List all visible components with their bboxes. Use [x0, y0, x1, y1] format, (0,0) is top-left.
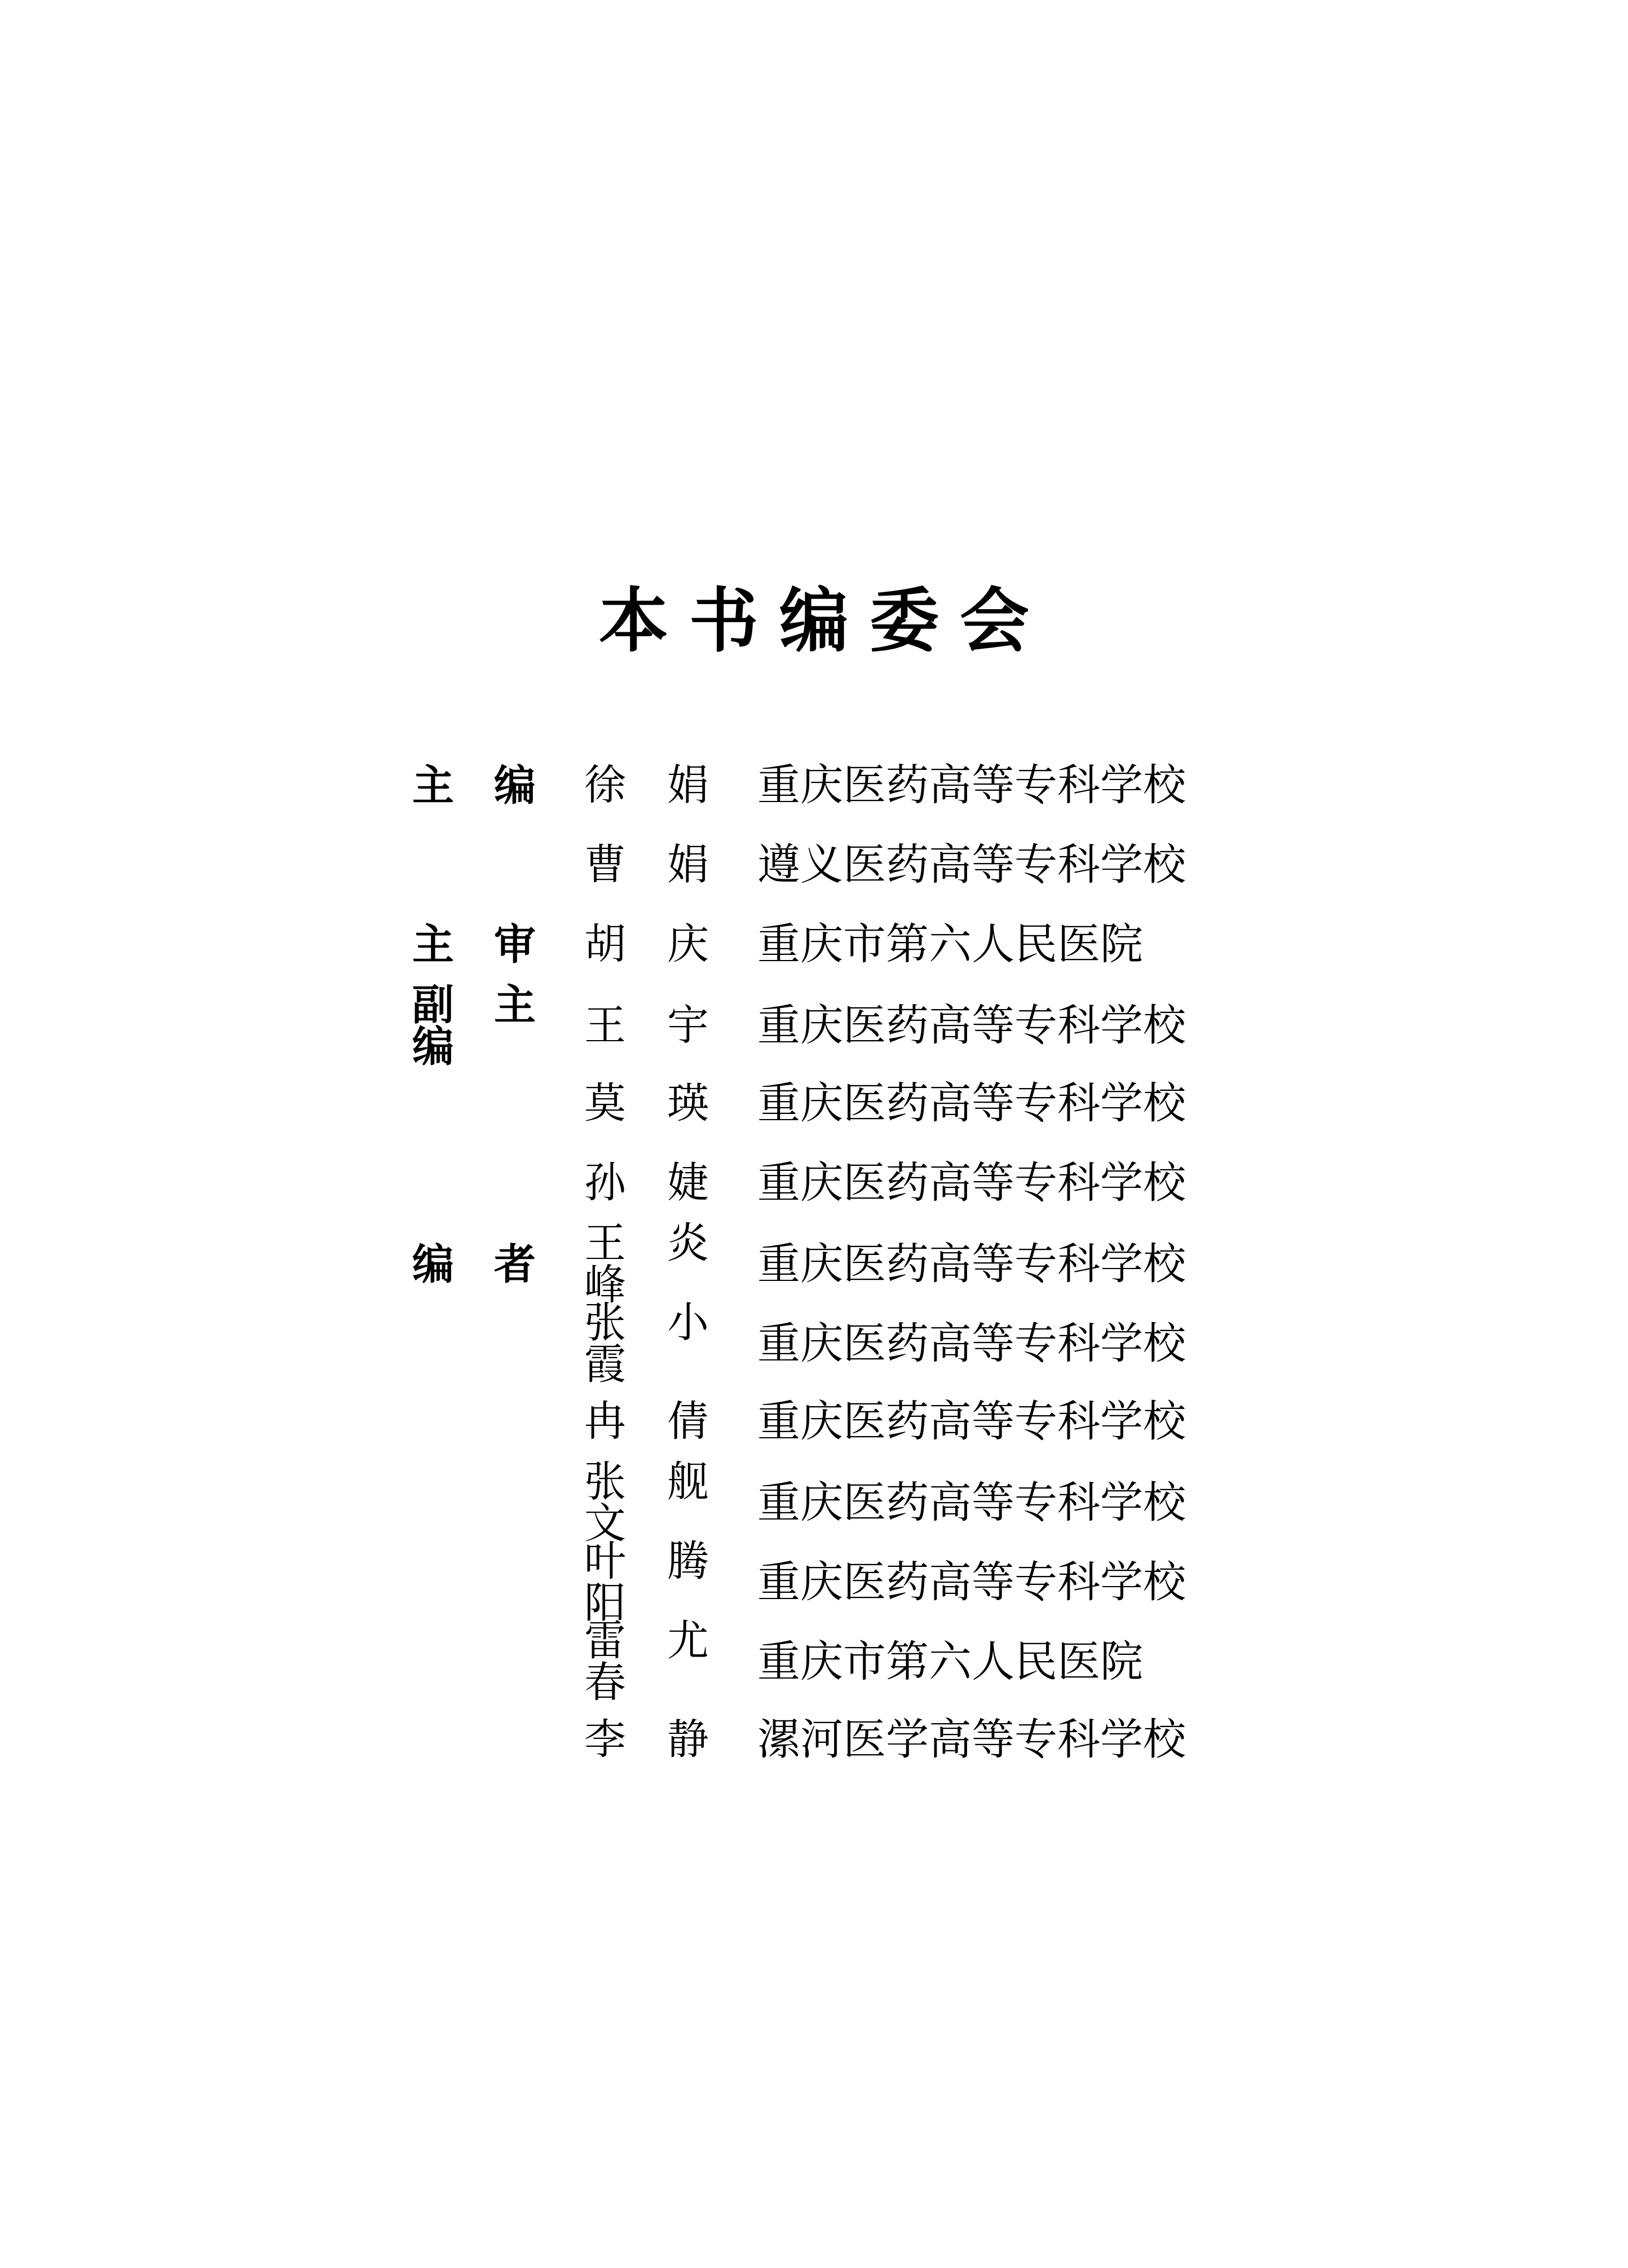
member-affiliation: 重庆市第六人民医院	[757, 1641, 1628, 1684]
role-label: 主审	[412, 924, 536, 966]
role-label: 编者	[412, 1244, 536, 1285]
member-affiliation: 重庆市第六人民医院	[757, 923, 1628, 966]
member-affiliation: 重庆医药高等专科学校	[757, 1162, 1628, 1205]
member-name: 张小霞	[584, 1302, 709, 1386]
role-label: 主编	[412, 765, 536, 807]
committee-row: 叶腾阳 重庆医药高等专科学校	[0, 1541, 1628, 1620]
committee-row: 主审 胡庆 重庆市第六人民医院	[0, 905, 1628, 984]
member-affiliation: 重庆医药高等专科学校	[757, 1561, 1628, 1604]
member-name: 王炎峰	[584, 1223, 709, 1306]
committee-row: 孙婕 重庆医药高等专科学校	[0, 1143, 1628, 1223]
book-committee-page: 本书编委会 主编 徐娟 重庆医药高等专科学校 曹娟 遵义医药高等专科学校 主审 …	[0, 0, 1628, 2268]
member-name: 冉倩	[584, 1401, 709, 1443]
member-affiliation: 重庆医药高等专科学校	[757, 1005, 1628, 1047]
member-name: 雷尤春	[584, 1620, 709, 1704]
member-affiliation: 重庆医药高等专科学校	[757, 1323, 1628, 1366]
committee-row: 副主编 王宇 重庆医药高等专科学校	[0, 984, 1628, 1064]
committee-row: 张舰文 重庆医药高等专科学校	[0, 1461, 1628, 1541]
role-label: 副主编	[412, 984, 536, 1068]
committee-row: 编者 王炎峰 重庆医药高等专科学校	[0, 1223, 1628, 1302]
member-affiliation: 重庆医药高等专科学校	[757, 1082, 1628, 1125]
member-name: 张舰文	[584, 1461, 709, 1545]
page-title: 本书编委会	[0, 583, 1628, 659]
member-affiliation: 漯河医学高等专科学校	[757, 1719, 1628, 1761]
member-name: 莫瑛	[584, 1083, 709, 1125]
committee-list: 主编 徐娟 重庆医药高等专科学校 曹娟 遵义医药高等专科学校 主审 胡庆 重庆市…	[0, 746, 1628, 1780]
member-affiliation: 重庆医药高等专科学校	[757, 1401, 1628, 1443]
committee-row: 雷尤春 重庆市第六人民医院	[0, 1620, 1628, 1700]
committee-row: 李静 漯河医学高等专科学校	[0, 1700, 1628, 1780]
member-name: 孙婕	[584, 1162, 709, 1204]
committee-row: 莫瑛 重庆医药高等专科学校	[0, 1064, 1628, 1143]
member-affiliation: 重庆医药高等专科学校	[757, 1482, 1628, 1525]
committee-row: 张小霞 重庆医药高等专科学校	[0, 1302, 1628, 1382]
committee-row: 曹娟 遵义医药高等专科学校	[0, 825, 1628, 905]
member-name: 曹娟	[584, 844, 709, 886]
member-affiliation: 重庆医药高等专科学校	[757, 764, 1628, 807]
member-affiliation: 重庆医药高等专科学校	[757, 1243, 1628, 1286]
member-name: 王宇	[584, 1005, 709, 1047]
member-name: 李静	[584, 1719, 709, 1761]
member-name: 叶腾阳	[584, 1541, 709, 1624]
member-affiliation: 遵义医药高等专科学校	[757, 844, 1628, 887]
committee-row: 主编 徐娟 重庆医药高等专科学校	[0, 746, 1628, 825]
member-name: 胡庆	[584, 924, 709, 966]
member-name: 徐娟	[584, 765, 709, 807]
committee-row: 冉倩 重庆医药高等专科学校	[0, 1382, 1628, 1461]
